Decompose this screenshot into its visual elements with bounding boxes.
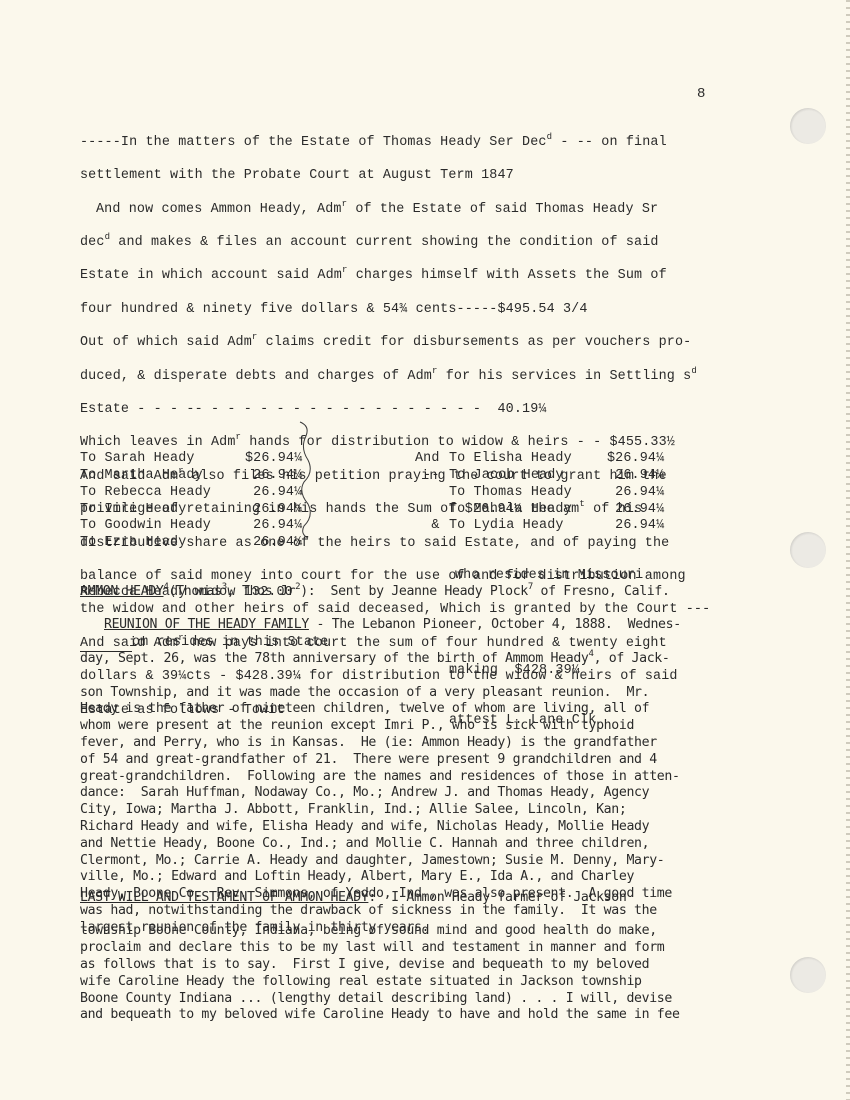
row-prefix: &	[415, 518, 449, 535]
heir-amount: 26.94¼	[607, 485, 664, 500]
text-line: proclaim and declare this to be my last …	[80, 940, 760, 957]
heir-name: To Jacob Heady	[449, 468, 607, 485]
heir-name: To Lydia Heady	[449, 518, 607, 535]
text-line: And now comes Ammon Heady, Admr of the E…	[80, 202, 760, 219]
reunion-heading: REUNION OF THE HEADY FAMILY	[104, 617, 309, 632]
distribution-row: To Ezra Heady 26.94¼	[80, 535, 328, 552]
brace-icon	[296, 420, 318, 540]
text-line: township Boone County, Indiana, being of…	[80, 923, 760, 940]
ammon-heading-line: AMMON HEADY4(Thomas3, Thos Jr2): Sent by…	[80, 584, 760, 601]
row-prefix: --	[415, 468, 449, 485]
text-line: of 54 and great-grandfather of 21. There…	[80, 752, 760, 769]
heir-amount: $26.94¼	[607, 451, 664, 466]
page-number: 8	[697, 86, 705, 102]
text-line: Clermont, Mo.; Carrie A. Heady and daugh…	[80, 853, 760, 870]
distribution-row: To Thomas Heady 26.94¼	[415, 485, 664, 502]
row-prefix: And	[415, 451, 449, 468]
heir-amount: 26.94¼	[245, 518, 302, 535]
page-edge	[846, 0, 850, 1100]
heir-amount: 26.94¼	[607, 502, 664, 517]
text-line: four hundred & ninety five dollars & 54¾…	[80, 302, 760, 319]
heir-name: To Martha Heady	[80, 468, 245, 485]
heir-name: To Thomas Heady	[449, 485, 607, 502]
distribution-row: &To Lydia Heady 26.94¼	[415, 518, 664, 535]
text-line: Richard Heady and wife, Elisha Heady and…	[80, 819, 760, 836]
text-line: Out of which said Admr claims credit for…	[80, 335, 760, 352]
heir-name: To Elisha Heady	[449, 451, 607, 468]
heir-amount: 26.94¼	[245, 535, 302, 552]
punch-hole	[790, 957, 826, 993]
distribution-row: To Imri Heady 26.94¼	[80, 502, 328, 519]
heir-amount: 26.94¼	[607, 518, 664, 533]
distribution-row: To Rebecca Heady 26.94¼	[80, 485, 328, 502]
distribution-row: AndTo Elisha Heady$26.94¼	[415, 451, 664, 468]
text-line: Heady is the father of nineteen children…	[80, 701, 760, 718]
text-line: wife Caroline Heady the following real e…	[80, 974, 760, 991]
text-line: settlement with the Probate Court at Aug…	[80, 168, 760, 185]
punch-hole	[790, 532, 826, 568]
text-line: as follows that is to say. First I give,…	[80, 957, 760, 974]
text-line: whom were present at the reunion except …	[80, 718, 760, 735]
row-prefix	[415, 502, 449, 519]
text-line: day, Sept. 26, was the 78th anniversary …	[80, 651, 760, 668]
text-line: Estate - - - -- - - - - - - - - - - - - …	[80, 402, 760, 419]
text-line: and Nettie Heady, Boone Co., Ind.; and M…	[80, 836, 760, 853]
distribution-row: To Mahala Heady 26.94¼	[415, 502, 664, 519]
text-line: duced, & disperate debts and charges of …	[80, 369, 760, 386]
punch-hole	[790, 108, 826, 144]
heir-name: To Rebecca Heady	[80, 485, 245, 502]
heir-name: To Ezra Heady	[80, 535, 245, 552]
will-heading: LAST WILL AND TESTAMENT OF AMMON HEADY	[80, 890, 368, 905]
distribution-row: To Sarah Heady$26.94¼	[80, 451, 328, 468]
text-line: City, Iowa; Martha J. Abbott, Franklin, …	[80, 802, 760, 819]
ammon-heading: AMMON HEADY	[80, 584, 164, 599]
heir-name: To Mahala Heady	[449, 502, 607, 519]
heir-amount: 26.94¼	[245, 468, 302, 485]
text-line: Estate in which account said Admr charge…	[80, 268, 760, 285]
row-prefix	[415, 485, 449, 502]
text-line: Boone County Indiana ... (lengthy detail…	[80, 991, 760, 1008]
text-line: dance: Sarah Huffman, Nodaway Co., Mo.; …	[80, 785, 760, 802]
heir-name: To Goodwin Heady	[80, 518, 245, 535]
heir-amount: 26.94¼	[245, 485, 302, 502]
heir-amount: $26.94¼	[245, 451, 302, 468]
distribution-row: --To Jacob Heady 26.94¼	[415, 468, 664, 485]
text-line: decd and makes & files an account curren…	[80, 235, 760, 252]
heir-amount: 26.94¼	[245, 502, 302, 519]
text-line: and bequeath to my beloved wife Caroline…	[80, 1007, 760, 1024]
text-line: fever, and Perry, who is in Kansas. He (…	[80, 735, 760, 752]
distribution-row: To Goodwin Heady 26.94¼	[80, 518, 328, 535]
distribution-row: To Martha Heady 26.94¼	[80, 468, 328, 485]
text-line: REUNION OF THE HEADY FAMILY - The Lebano…	[80, 617, 760, 634]
heir-amount: 26.94¼	[607, 468, 664, 483]
heir-name: To Sarah Heady	[80, 451, 245, 468]
text-line: -----In the matters of the Estate of Tho…	[80, 135, 760, 152]
text-line: son Township, and it was made the occasi…	[80, 685, 760, 702]
will-section: LAST WILL AND TESTAMENT OF AMMON HEADY: …	[80, 873, 760, 1041]
heir-name: To Imri Heady	[80, 502, 245, 519]
text-line: great-grandchildren. Following are the n…	[80, 769, 760, 786]
text-line: LAST WILL AND TESTAMENT OF AMMON HEADY: …	[80, 890, 760, 907]
